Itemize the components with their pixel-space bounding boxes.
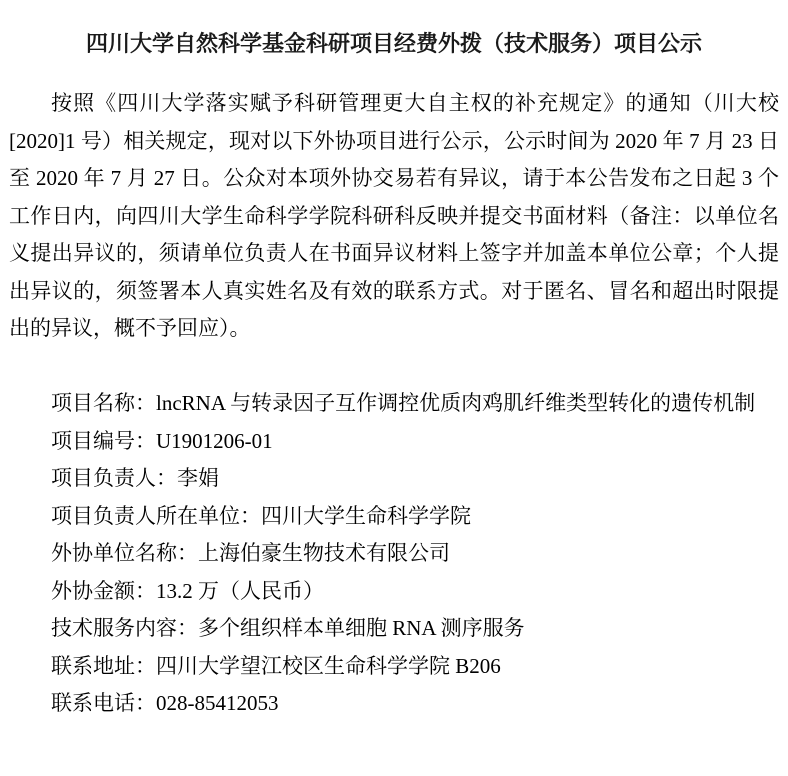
field-colon: ： xyxy=(135,654,156,678)
field-colon: ： xyxy=(135,579,156,603)
field-row-amount: 外协金额：13.2 万（人民币） xyxy=(9,573,779,611)
field-row-leader-unit: 项目负责人所在单位：四川大学生命科学学院 xyxy=(9,498,779,536)
field-label: 项目编号 xyxy=(51,429,135,453)
field-colon: ： xyxy=(135,429,156,453)
field-colon: ： xyxy=(156,466,177,490)
field-colon: ： xyxy=(177,616,198,640)
announcement-document: 四川大学自然科学基金科研项目经费外拨（技术服务）项目公示 按照《四川大学落实赋予… xyxy=(0,0,788,776)
field-value: lncRNA 与转录因子互作调控优质肉鸡肌纤维类型转化的遗传机制 xyxy=(156,391,755,415)
field-label: 项目负责人 xyxy=(51,466,156,490)
field-value: 多个组织样本单细胞 RNA 测序服务 xyxy=(198,616,525,640)
field-value: 028-85412053 xyxy=(156,691,279,715)
field-label: 外协金额 xyxy=(51,579,135,603)
field-row-partner-unit: 外协单位名称：上海伯豪生物技术有限公司 xyxy=(9,535,779,573)
field-label: 联系地址 xyxy=(51,654,135,678)
field-colon: ： xyxy=(177,541,198,565)
paragraph-spacer xyxy=(9,348,779,386)
field-label: 技术服务内容 xyxy=(51,616,177,640)
field-row-project-leader: 项目负责人：李娟 xyxy=(9,460,779,498)
field-colon: ： xyxy=(135,391,156,415)
field-value: 四川大学生命科学学院 xyxy=(261,504,471,528)
field-label: 项目名称 xyxy=(51,391,135,415)
field-label: 外协单位名称 xyxy=(51,541,177,565)
field-value: 李娟 xyxy=(177,466,219,490)
field-row-contact-phone: 联系电话：028-85412053 xyxy=(9,685,779,723)
field-row-contact-address: 联系地址：四川大学望江校区生命科学学院 B206 xyxy=(9,648,779,686)
field-value: U1901206-01 xyxy=(156,429,273,453)
field-row-service-content: 技术服务内容：多个组织样本单细胞 RNA 测序服务 xyxy=(9,610,779,648)
field-label: 项目负责人所在单位 xyxy=(51,504,240,528)
field-colon: ： xyxy=(240,504,261,528)
intro-paragraph: 按照《四川大学落实赋予科研管理更大自主权的补充规定》的通知（川大校[2020]1… xyxy=(9,85,779,348)
field-row-project-name: 项目名称：lncRNA 与转录因子互作调控优质肉鸡肌纤维类型转化的遗传机制 xyxy=(9,385,779,423)
field-value: 上海伯豪生物技术有限公司 xyxy=(198,541,450,565)
field-value: 13.2 万（人民币） xyxy=(156,579,324,603)
field-colon: ： xyxy=(135,691,156,715)
field-row-project-number: 项目编号：U1901206-01 xyxy=(9,423,779,461)
field-label: 联系电话 xyxy=(51,691,135,715)
field-value: 四川大学望江校区生命科学学院 B206 xyxy=(156,654,501,678)
page-title: 四川大学自然科学基金科研项目经费外拨（技术服务）项目公示 xyxy=(9,31,779,57)
